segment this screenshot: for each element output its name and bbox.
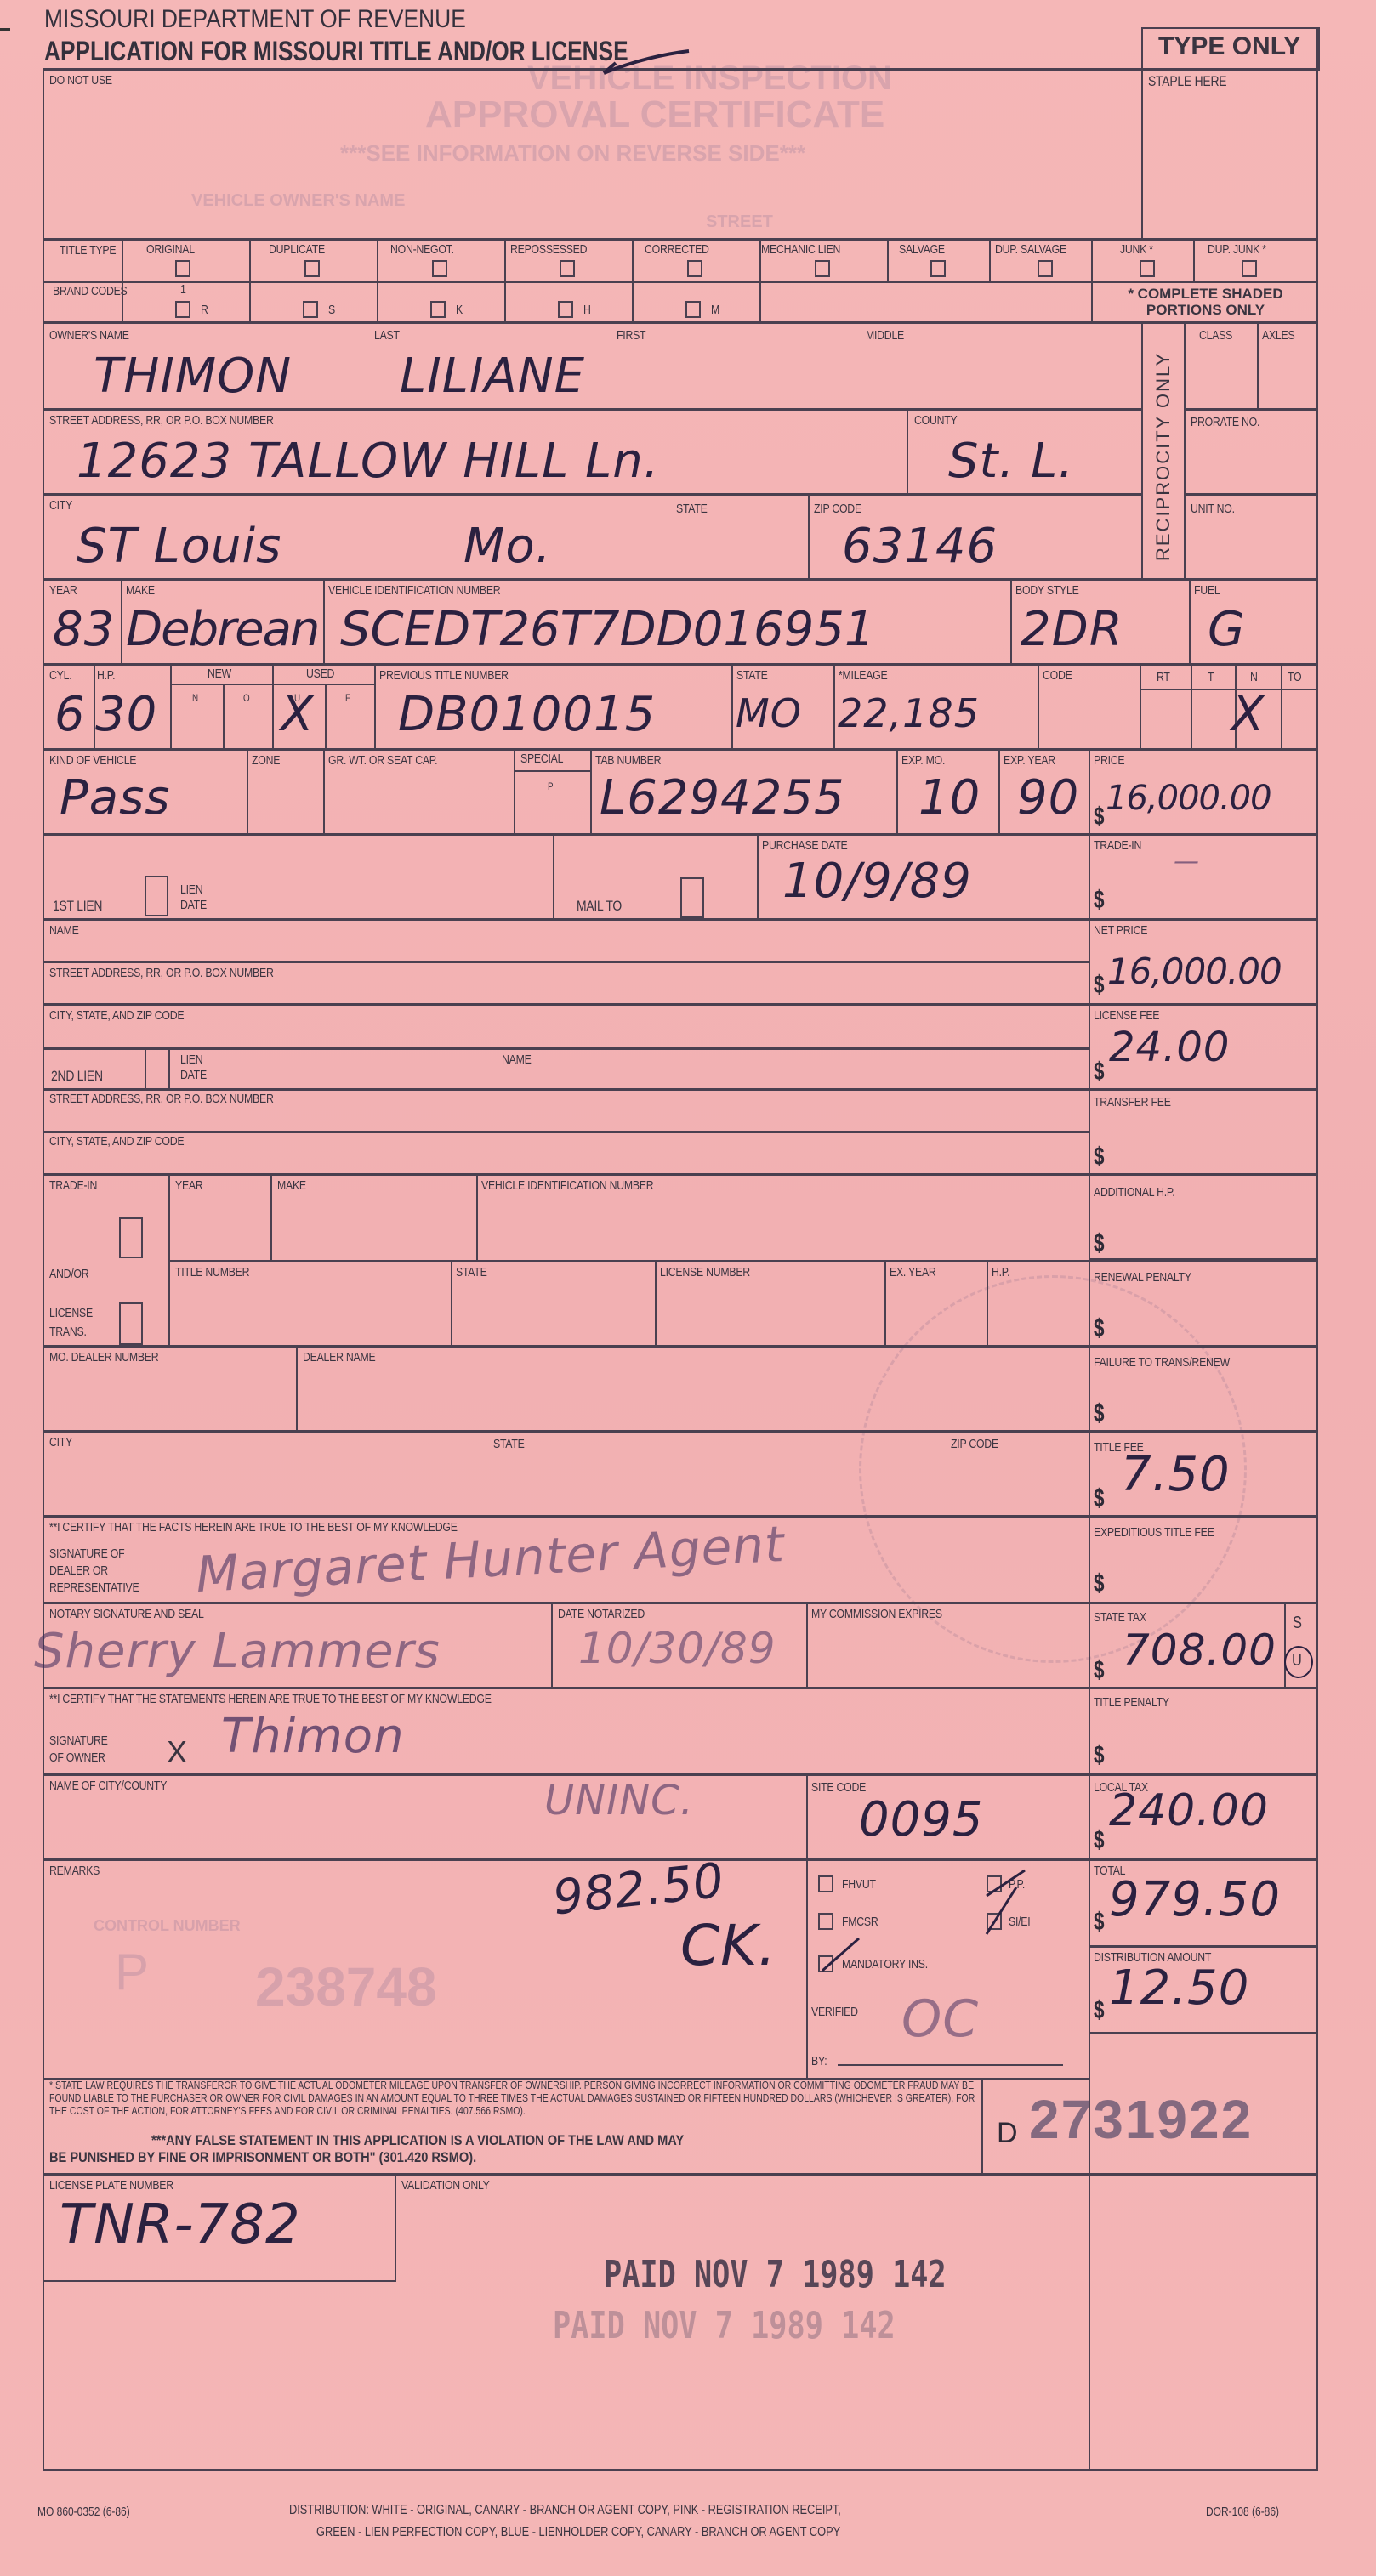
form-id-right: DOR-108 (6-86) <box>1206 2505 1279 2519</box>
brand-k-label: K <box>456 303 463 317</box>
tt-div <box>887 238 889 281</box>
make-div <box>323 578 325 663</box>
vehicle-fuel[interactable]: G <box>1208 602 1245 657</box>
frame-bottom <box>43 2469 1318 2471</box>
check-marks-icon <box>812 1862 1033 1981</box>
tt-div <box>504 238 506 321</box>
trade-label-div <box>168 1173 170 1345</box>
zone-div <box>323 748 325 833</box>
fee-column-divider <box>1089 748 1090 2471</box>
brand-s-checkbox[interactable] <box>303 301 318 318</box>
staple-divider <box>1141 68 1143 238</box>
tt-div <box>632 238 634 321</box>
complete-shaded-note: * COMPLETE SHADED PORTIONS ONLY <box>1097 286 1314 318</box>
plate-number[interactable]: TNR-782 <box>60 2193 301 2256</box>
fee-title-penalty-label: TITLE PENALTY <box>1094 1695 1169 1710</box>
special-underline <box>514 770 590 772</box>
fee-net-price-dollar: $ <box>1094 971 1105 1000</box>
used-label: USED <box>306 667 334 681</box>
frame-right <box>1316 27 1318 2471</box>
owner-signature-label: SIGNATURE OF OWNER <box>49 1733 112 1767</box>
fee-additional-hp-label: ADDITIONAL H.P. <box>1094 1185 1174 1200</box>
fee-transfer-dollar: $ <box>1094 1143 1105 1172</box>
fee-state-tax-label: STATE TAX <box>1094 1610 1146 1625</box>
lien2-street-label: STREET ADDRESS, RR, OR P.O. BOX NUMBER <box>49 1092 274 1106</box>
kind-div <box>247 748 248 833</box>
body-div <box>1189 578 1191 663</box>
trade-title-number-label: TITLE NUMBER <box>175 1265 249 1279</box>
mail-to-div <box>553 833 554 918</box>
trade-year-label: YEAR <box>175 1178 203 1193</box>
owner-first-name[interactable]: LILIANE <box>400 349 585 404</box>
doc-number: 2731922 <box>1029 2088 1253 2151</box>
street-label: STREET ADDRESS, RR, OR P.O. BOX NUMBER <box>49 413 274 428</box>
trade-state-label: STATE <box>456 1265 487 1279</box>
fee-total-dollar: $ <box>1094 1908 1105 1937</box>
fee-license-value[interactable]: 24.00 <box>1109 1024 1230 1071</box>
last-label: LAST <box>374 328 400 343</box>
city-county-label: NAME OF CITY/COUNTY <box>49 1779 167 1793</box>
owners-name-label: OWNER'S NAME <box>49 328 129 343</box>
tt-duplicate-checkbox[interactable] <box>304 260 320 277</box>
tt-repossessed-label: REPOSSESSED <box>510 242 587 257</box>
verified-label: VERIFIED <box>811 2005 858 2019</box>
n-label: N <box>192 692 198 704</box>
u-f-div <box>325 685 327 748</box>
title-type-bottom <box>43 281 1318 283</box>
zip-label: ZIP CODE <box>814 502 861 516</box>
n-col-label: N <box>1250 670 1258 684</box>
brand-r-checkbox[interactable] <box>175 301 190 318</box>
trade-vin-label: VEHICLE IDENTIFICATION NUMBER <box>481 1178 653 1193</box>
mail-to-label: MAIL TO <box>577 898 622 915</box>
brand-superscript: 1 <box>180 282 186 297</box>
dealer-zip-label: ZIP CODE <box>951 1437 998 1451</box>
hp-div <box>170 663 172 748</box>
fee-failure-label: FAILURE TO TRANS/RENEW <box>1094 1355 1230 1370</box>
ghost-control-label: CONTROL NUMBER <box>94 1917 241 1935</box>
state-div <box>731 663 733 748</box>
tt-repossessed-checkbox[interactable] <box>560 260 575 277</box>
n-o-div <box>223 685 225 748</box>
vin-label: VEHICLE IDENTIFICATION NUMBER <box>328 583 500 598</box>
dealer-state-label: STATE <box>493 1437 525 1451</box>
first-lien-checkbox[interactable] <box>145 876 168 916</box>
axles-label: AXLES <box>1262 328 1294 343</box>
f-label: F <box>345 692 350 704</box>
t-label: T <box>1208 670 1214 684</box>
fee-additional-hp-dollar: $ <box>1094 1229 1105 1258</box>
class-label: CLASS <box>1199 328 1232 343</box>
title-type-label: TITLE TYPE <box>60 243 88 258</box>
form-title: APPLICATION FOR MISSOURI TITLE AND/OR LI… <box>44 36 628 67</box>
brand-m-checkbox[interactable] <box>685 301 701 318</box>
frame-left <box>43 68 44 2471</box>
andor-label: AND/OR <box>49 1267 88 1281</box>
state-label: STATE <box>676 502 708 516</box>
state-tax-u-label: U <box>1292 1651 1302 1671</box>
fee-local-tax-value[interactable]: 240.00 <box>1109 1785 1269 1836</box>
middle-label: MIDDLE <box>866 328 904 343</box>
exp-month[interactable]: 10 <box>918 770 981 826</box>
t-div <box>1191 663 1192 748</box>
o-label: O <box>243 692 249 704</box>
tt-corrected-checkbox[interactable] <box>687 260 702 277</box>
tt-dup-junk-label: DUP. JUNK * <box>1208 242 1266 257</box>
fee-renewal-penalty-dollar: $ <box>1094 1314 1105 1343</box>
to-label: TO <box>1288 670 1301 684</box>
owner-state[interactable]: Mo. <box>463 519 551 574</box>
form-id-left: MO 860-0352 (6-86) <box>37 2505 130 2519</box>
trade-ex-year-label: EX. YEAR <box>890 1265 936 1279</box>
new-used-underline <box>170 684 374 685</box>
license-trans-checkbox[interactable] <box>119 1302 143 1345</box>
site-code-div <box>806 1773 808 2080</box>
by-signature-line[interactable] <box>838 2064 1063 2066</box>
dealer-certify-statement: **I CERTIFY THAT THE FACTS HEREIN ARE TR… <box>49 1520 458 1535</box>
tt-original-label: ORIGINAL <box>146 242 195 257</box>
cyl-label: CYL. <box>49 668 71 683</box>
fee-trade-in-dollar: $ <box>1094 886 1105 915</box>
tt-salvage-checkbox[interactable] <box>930 260 946 277</box>
notary-signature[interactable]: Sherry Lammers <box>34 1624 441 1679</box>
trade-row2-bottom <box>43 1345 1318 1348</box>
false-statement-line1: ***ANY FALSE STATEMENT IN THIS APPLICATI… <box>151 2132 684 2149</box>
second-lien-name-label: NAME <box>502 1053 532 1067</box>
tt-nonnegot-checkbox[interactable] <box>432 260 447 277</box>
lien-name-label: NAME <box>49 923 79 938</box>
second-lien-label: 2ND LIEN <box>51 1068 103 1085</box>
distribution-line1: DISTRIBUTION: WHITE - ORIGINAL, CANARY -… <box>289 2503 841 2518</box>
vehicle-year[interactable]: 83 <box>53 602 115 657</box>
dealer-sig-bottom <box>43 1602 1318 1604</box>
trade-license-div <box>884 1260 886 1345</box>
county-label: COUNTY <box>914 413 957 428</box>
purchase-div <box>757 833 759 918</box>
notary-label: NOTARY SIGNATURE AND SEAL <box>49 1607 204 1621</box>
owner-name-bottom <box>43 408 1141 411</box>
distribution-line2: GREEN - LIEN PERFECTION COPY, BLUE - LIE… <box>316 2525 840 2540</box>
trade-exyear-div <box>987 1260 988 1345</box>
date-notarized[interactable]: 10/30/89 <box>578 1624 776 1673</box>
lien-street-bottom <box>43 1003 1318 1006</box>
by-label: BY: <box>811 2054 827 2068</box>
prorate-bottom <box>1184 493 1318 496</box>
dealer-number-div <box>296 1345 298 1430</box>
exp-year[interactable]: 90 <box>1017 770 1079 826</box>
fee-license-dollar: $ <box>1094 1058 1105 1087</box>
mail-to-checkbox[interactable] <box>680 877 704 918</box>
distribution-bottom <box>1090 2032 1318 2034</box>
new-label: NEW <box>208 667 231 681</box>
prev-title-number[interactable]: DB010015 <box>398 687 656 742</box>
first-label: FIRST <box>617 328 645 343</box>
used-mark[interactable]: X <box>281 687 314 742</box>
notary-bottom <box>43 1687 1318 1689</box>
tt-original-checkbox[interactable] <box>175 260 190 277</box>
trade-license-number-label: LICENSE NUMBER <box>660 1265 750 1279</box>
remarks-label: REMARKS <box>49 1864 100 1878</box>
tt-dup-junk-checkbox[interactable] <box>1242 260 1257 277</box>
fee-trade-in-label: TRADE-IN <box>1094 838 1141 853</box>
fee-trade-in-value[interactable]: — <box>1174 847 1200 877</box>
date-notarized-label: DATE NOTARIZED <box>558 1607 645 1621</box>
trade-make-div <box>476 1173 478 1260</box>
price-label: PRICE <box>1094 753 1124 768</box>
fee-title-value[interactable]: 7.50 <box>1121 1447 1231 1502</box>
trade-in-checkbox[interactable] <box>119 1217 143 1258</box>
fee-net-price-value[interactable]: 16,000.00 <box>1107 950 1282 992</box>
city-county-value[interactable]: UNINC. <box>544 1777 694 1824</box>
purchase-date[interactable]: 10/9/89 <box>782 854 972 909</box>
lien2-csz-bottom <box>43 1173 1318 1176</box>
tt-div <box>377 238 378 321</box>
lien-name-bottom <box>43 961 1089 963</box>
owner-signature[interactable]: Thimon <box>221 1709 405 1764</box>
ghost-control-prefix: P <box>115 1943 149 2001</box>
brand-m-label: M <box>711 303 719 317</box>
rt-underline <box>1140 689 1318 690</box>
street-bottom <box>43 493 1141 496</box>
expmo-div <box>998 748 1000 833</box>
fee-title-dollar: $ <box>1094 1484 1105 1513</box>
county-divider <box>907 408 908 493</box>
tt-div <box>989 238 991 281</box>
fee-transfer-label: TRANSFER FEE <box>1094 1095 1171 1109</box>
exp-mo-label: EXP. MO. <box>901 753 945 768</box>
ghost-control-number: 238748 <box>255 1955 437 2018</box>
owner-city[interactable]: ST Louis <box>77 519 281 574</box>
special-label: SPECIAL <box>520 752 563 766</box>
tab-div <box>896 748 898 833</box>
notary-date-div <box>551 1602 553 1687</box>
ghost-street-label: STREET <box>706 213 773 232</box>
tt-div <box>122 238 123 321</box>
title-type-top <box>43 238 1318 241</box>
tt-junk-label: JUNK * <box>1120 242 1153 257</box>
verified-initials[interactable]: OC <box>901 1989 979 2049</box>
lien2-bottom <box>43 1088 1318 1091</box>
owner-county[interactable]: St. L. <box>948 434 1074 489</box>
brand-r-label: R <box>201 303 208 317</box>
rt-div <box>1140 663 1141 748</box>
code-div <box>1038 663 1039 748</box>
first-lien-label: 1ST LIEN <box>53 898 102 915</box>
fee-title-penalty-dollar: $ <box>1094 1741 1105 1770</box>
owner-certify-statement: **I CERTIFY THAT THE STATEMENTS HEREIN A… <box>49 1692 492 1706</box>
make-label: MAKE <box>126 583 155 598</box>
state-tax-s-label: S <box>1293 1614 1302 1633</box>
tt-div <box>1091 238 1093 321</box>
price-dollar-sign: $ <box>1094 803 1105 831</box>
fee-expeditious-label: EXPEDITIOUS TITLE FEE <box>1094 1525 1214 1540</box>
class-bottom <box>1184 408 1318 411</box>
handwritten-arrow-icon <box>595 44 697 78</box>
new-used-div <box>272 663 274 748</box>
tt-mechanic-lien-label: MECHANIC LIEN <box>761 242 840 257</box>
exp-year-label: EXP. YEAR <box>1004 753 1055 768</box>
tt-dup-salvage-checkbox[interactable] <box>1038 260 1053 277</box>
tt-div <box>249 238 251 321</box>
body-style-label: BODY STYLE <box>1015 583 1079 598</box>
lien2-box-left <box>145 1047 146 1088</box>
tt-salvage-label: SALVAGE <box>899 242 945 257</box>
agency-name: MISSOURI DEPARTMENT OF REVENUE <box>44 5 466 34</box>
n-mark[interactable]: X <box>1231 687 1265 742</box>
grwt-label: GR. WT. OR SEAT CAP. <box>328 753 437 768</box>
tt-div <box>1193 238 1195 281</box>
owner-sig-bottom <box>43 1773 1318 1776</box>
fee-total-value[interactable]: 979.50 <box>1109 1872 1281 1927</box>
odometer-statement: * STATE LAW REQUIRES THE TRANSFEROR TO G… <box>49 2080 978 2118</box>
rt-label: RT <box>1157 670 1170 684</box>
dealer-row-bottom <box>43 1430 1318 1433</box>
kind-of-vehicle[interactable]: Pass <box>60 770 170 826</box>
license-trans-label: LICENSE TRANS. <box>49 1304 98 1342</box>
to-div <box>1281 663 1282 748</box>
vin-div <box>1010 578 1012 663</box>
ghost-approval-text: APPROVAL CERTIFICATE <box>425 94 884 136</box>
trade-year-div <box>270 1173 272 1260</box>
commission-div <box>806 1602 808 1687</box>
special-div <box>590 748 592 833</box>
class-axles-divider <box>1257 321 1259 408</box>
brand-codes-label: BRAND CODES <box>53 284 88 299</box>
brand-bottom <box>43 321 1318 324</box>
zip-divider <box>808 493 810 578</box>
doc-number-div <box>981 2078 983 2173</box>
vehicle-hp[interactable]: 30 <box>95 687 157 742</box>
recip-inner-divider <box>1184 321 1186 578</box>
trade-in-label: TRADE-IN <box>49 1178 97 1193</box>
staple-here-label: STAPLE HERE <box>1148 73 1226 90</box>
validation-label: VALIDATION ONLY <box>401 2178 490 2193</box>
mileage-label: *MILEAGE <box>839 668 888 683</box>
prev-title-label: PREVIOUS TITLE NUMBER <box>379 668 509 683</box>
tt-junk-checkbox[interactable] <box>1140 260 1155 277</box>
ghost-reverse-text: ***SEE INFORMATION ON REVERSE SIDE*** <box>340 140 805 167</box>
hp-label: H.P. <box>97 668 115 683</box>
false-statement-line2: BE PUNISHED BY FINE OR IMPRISONMENT OR B… <box>49 2149 476 2166</box>
kind-label: KIND OF VEHICLE <box>49 753 136 768</box>
trade-make-label: MAKE <box>277 1178 306 1193</box>
fee-expeditious-dollar: $ <box>1094 1569 1105 1598</box>
reciprocity-only-label: RECIPROCITY ONLY <box>1152 352 1174 561</box>
grwt-div <box>514 748 515 833</box>
commission-expires-label: MY COMMISSION EXPIRES <box>811 1607 942 1621</box>
prev-state-label: STATE <box>736 668 768 683</box>
owner-street[interactable]: 12623 TALLOW HILL Ln. <box>77 434 660 489</box>
type-only-label: TYPE ONLY <box>1158 32 1300 61</box>
fee-local-tax-dollar: $ <box>1094 1826 1105 1855</box>
vehicle-vin[interactable]: SCEDT26T7DD016951 <box>340 602 874 657</box>
brand-h-label: H <box>583 303 591 317</box>
prev-title-state[interactable]: MO <box>736 690 802 736</box>
site-code-label: SITE CODE <box>811 1780 866 1795</box>
prorate-label: PRORATE NO. <box>1191 415 1259 429</box>
tt-duplicate-label: DUPLICATE <box>269 242 325 257</box>
trade-state-div <box>655 1260 657 1345</box>
year-label: YEAR <box>49 583 77 598</box>
dealer-city-bottom <box>43 1515 1318 1518</box>
tab-label: TAB NUMBER <box>595 753 661 768</box>
tab-number[interactable]: L6294255 <box>600 770 845 826</box>
lien-csz-bottom <box>43 1047 1089 1050</box>
paid-stamp-faint: PAID NOV 7 1989 142 <box>553 2304 896 2347</box>
vehicle-make[interactable]: Debrean <box>126 602 318 657</box>
fee-renewal-penalty-label: RENEWAL PENALTY <box>1094 1270 1191 1285</box>
su-div <box>1284 1602 1286 1687</box>
vehicle-row2-bottom <box>43 748 1318 751</box>
owner-signature-x: X <box>167 1734 187 1770</box>
tt-nonnegot-label: NON-NEGOT. <box>390 242 454 257</box>
vehicle-row3-bottom <box>43 833 1318 836</box>
dealer-city-label: CITY <box>49 1435 72 1450</box>
do-not-use-label: DO NOT USE <box>49 73 112 88</box>
prev-title-div <box>374 663 376 748</box>
owner-last-name[interactable]: THIMON <box>94 349 292 404</box>
brand-h-checkbox[interactable] <box>558 301 573 318</box>
second-lien-date-label: LIEN DATE <box>180 1053 208 1083</box>
special-p-label: P <box>548 780 553 792</box>
lien1-bottom <box>43 918 1318 921</box>
dealer-name-label: DEALER NAME <box>303 1350 375 1365</box>
city-label: CITY <box>49 498 72 513</box>
dealer-number-label: MO. DEALER NUMBER <box>49 1350 158 1365</box>
unit-label: UNIT NO. <box>1191 502 1235 516</box>
plate-label: LICENSE PLATE NUMBER <box>49 2178 173 2193</box>
owner-zip[interactable]: 63146 <box>842 519 998 574</box>
vehicle-cyl[interactable]: 6 <box>54 687 86 742</box>
dealer-signature-label: SIGNATURE OF DEALER OR REPRESENTATIVE <box>49 1546 133 1597</box>
tt-mechanic-lien-checkbox[interactable] <box>815 260 830 277</box>
vehicle-row1-bottom <box>43 663 1318 666</box>
trade-hp-label: H.P. <box>992 1265 1009 1279</box>
paid-stamp: PAID NOV 7 1989 142 <box>604 2253 947 2296</box>
ghost-owner-label: VEHICLE OWNER'S NAME <box>191 191 405 211</box>
trade-title-div <box>451 1260 452 1345</box>
mileage-value[interactable]: 22,185 <box>838 690 980 736</box>
lien2-street-bottom <box>43 1131 1089 1133</box>
site-code-value[interactable]: 0095 <box>859 1792 984 1847</box>
city-bottom <box>43 578 1318 581</box>
lien-street-label: STREET ADDRESS, RR, OR P.O. BOX NUMBER <box>49 966 274 980</box>
first-lien-date-label: LIEN DATE <box>180 882 208 913</box>
fuel-label: FUEL <box>1194 583 1220 598</box>
margin-tick <box>0 28 10 31</box>
year-div <box>121 578 122 663</box>
fee-net-price-label: NET PRICE <box>1094 923 1147 938</box>
lien2-box-right <box>168 1047 170 1088</box>
remarks-ck[interactable]: CK. <box>680 1913 776 1978</box>
fee-state-tax-dollar: $ <box>1094 1656 1105 1685</box>
tt-dup-salvage-label: DUP. SALVAGE <box>995 242 1066 257</box>
code-label: CODE <box>1043 668 1072 683</box>
fee-divider <box>1090 1258 1318 1261</box>
fee-state-tax-value[interactable]: 708.00 <box>1123 1626 1276 1675</box>
price-value[interactable]: 16,000.00 <box>1106 779 1271 818</box>
mileage-div <box>833 663 835 748</box>
lien-csz-label: CITY, STATE, AND ZIP CODE <box>49 1008 184 1023</box>
purchase-date-label: PURCHASE DATE <box>762 838 847 853</box>
brand-k-checkbox[interactable] <box>430 301 446 318</box>
tt-corrected-label: CORRECTED <box>645 242 709 257</box>
vehicle-body-style[interactable]: 2DR <box>1021 602 1123 657</box>
zone-label: ZONE <box>252 753 280 768</box>
doc-number-prefix: D <box>997 2117 1018 2150</box>
fee-license-label: LICENSE FEE <box>1094 1008 1159 1023</box>
fee-distribution-value[interactable]: 12.50 <box>1109 1960 1249 2016</box>
